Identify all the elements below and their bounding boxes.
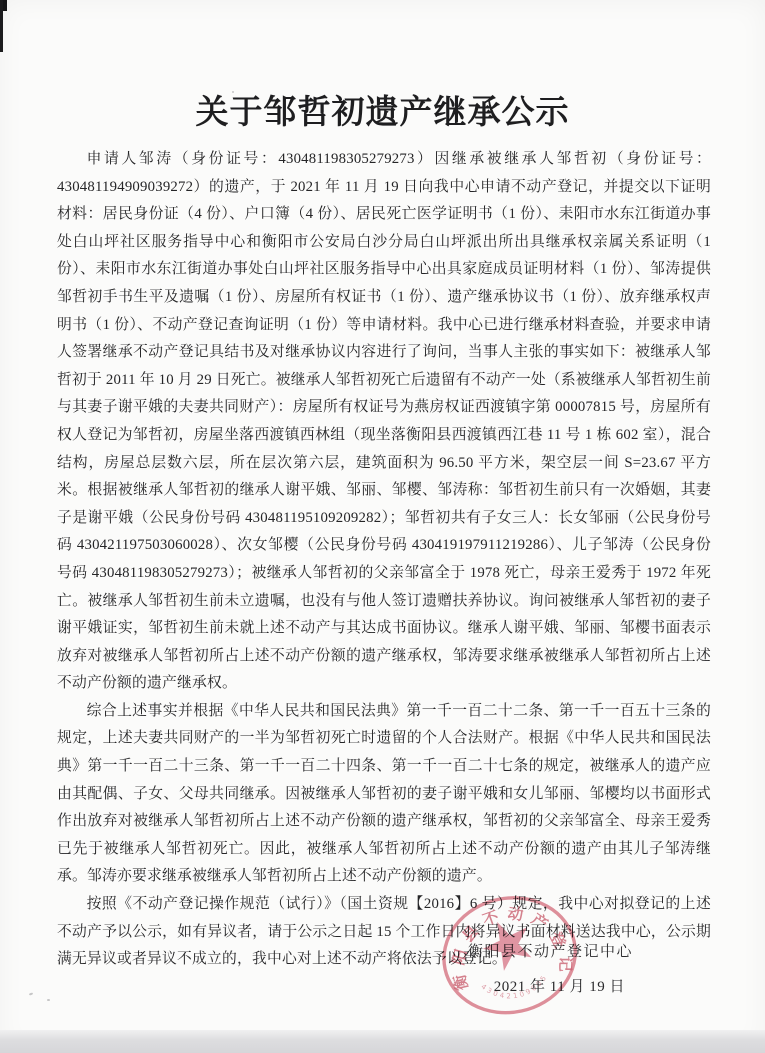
signature-date: 2021 年 11 月 19 日 <box>494 975 625 996</box>
scan-artifact-bottom-band <box>0 1030 765 1053</box>
scan-speck <box>47 999 50 1001</box>
scan-artifact-left-edge <box>0 0 3 52</box>
paragraph-public-notice: 按照《不动产登记操作规范（试行）》（国土资规【2016】6 号）规定，我中心对拟… <box>57 891 711 974</box>
document-title: 关于邹哲初遗产继承公示 <box>0 93 765 133</box>
document-body: 申请人邹涛（身份证号：430481198305279273）因继承被继承人邹哲初… <box>57 146 711 974</box>
scan-speck <box>232 91 234 93</box>
scan-speck <box>689 742 691 746</box>
document-title-text: 关于邹哲初遗产继承公示 <box>196 95 570 131</box>
signature-organization: 衡阳县不动产登记中心 <box>468 940 633 961</box>
paragraph-legal-basis: 综合上述事实并根据《中华人民共和国民法典》第一千一百二十二条、第一千一百五十三条… <box>57 698 711 891</box>
paragraph-application-facts: 申请人邹涛（身份证号：430481198305279273）因继承被继承人邹哲初… <box>57 146 711 698</box>
scanned-document-page: { "page": { "paper_color": "#fbfbfa", "b… <box>0 0 765 1053</box>
